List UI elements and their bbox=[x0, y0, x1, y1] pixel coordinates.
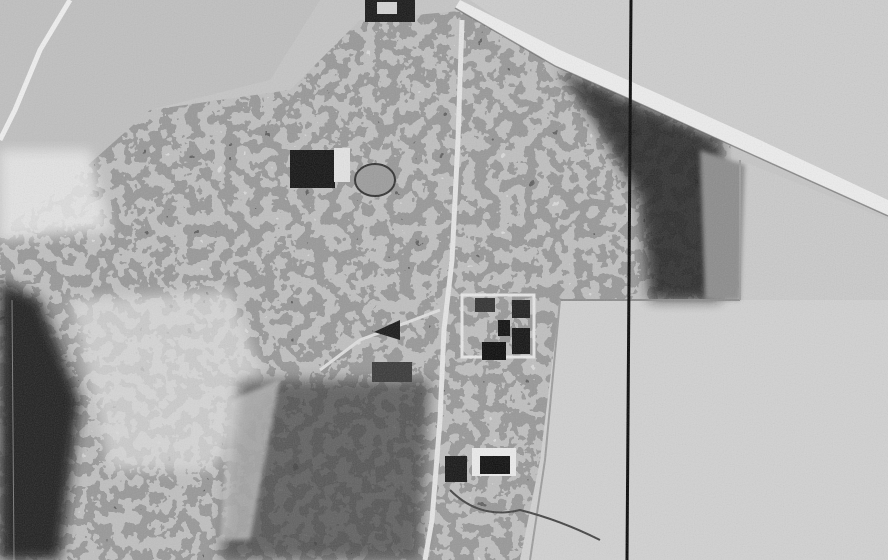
aerial-photograph: Black-and-white historical aerial photog… bbox=[0, 0, 888, 560]
aerial-scene bbox=[0, 0, 888, 560]
